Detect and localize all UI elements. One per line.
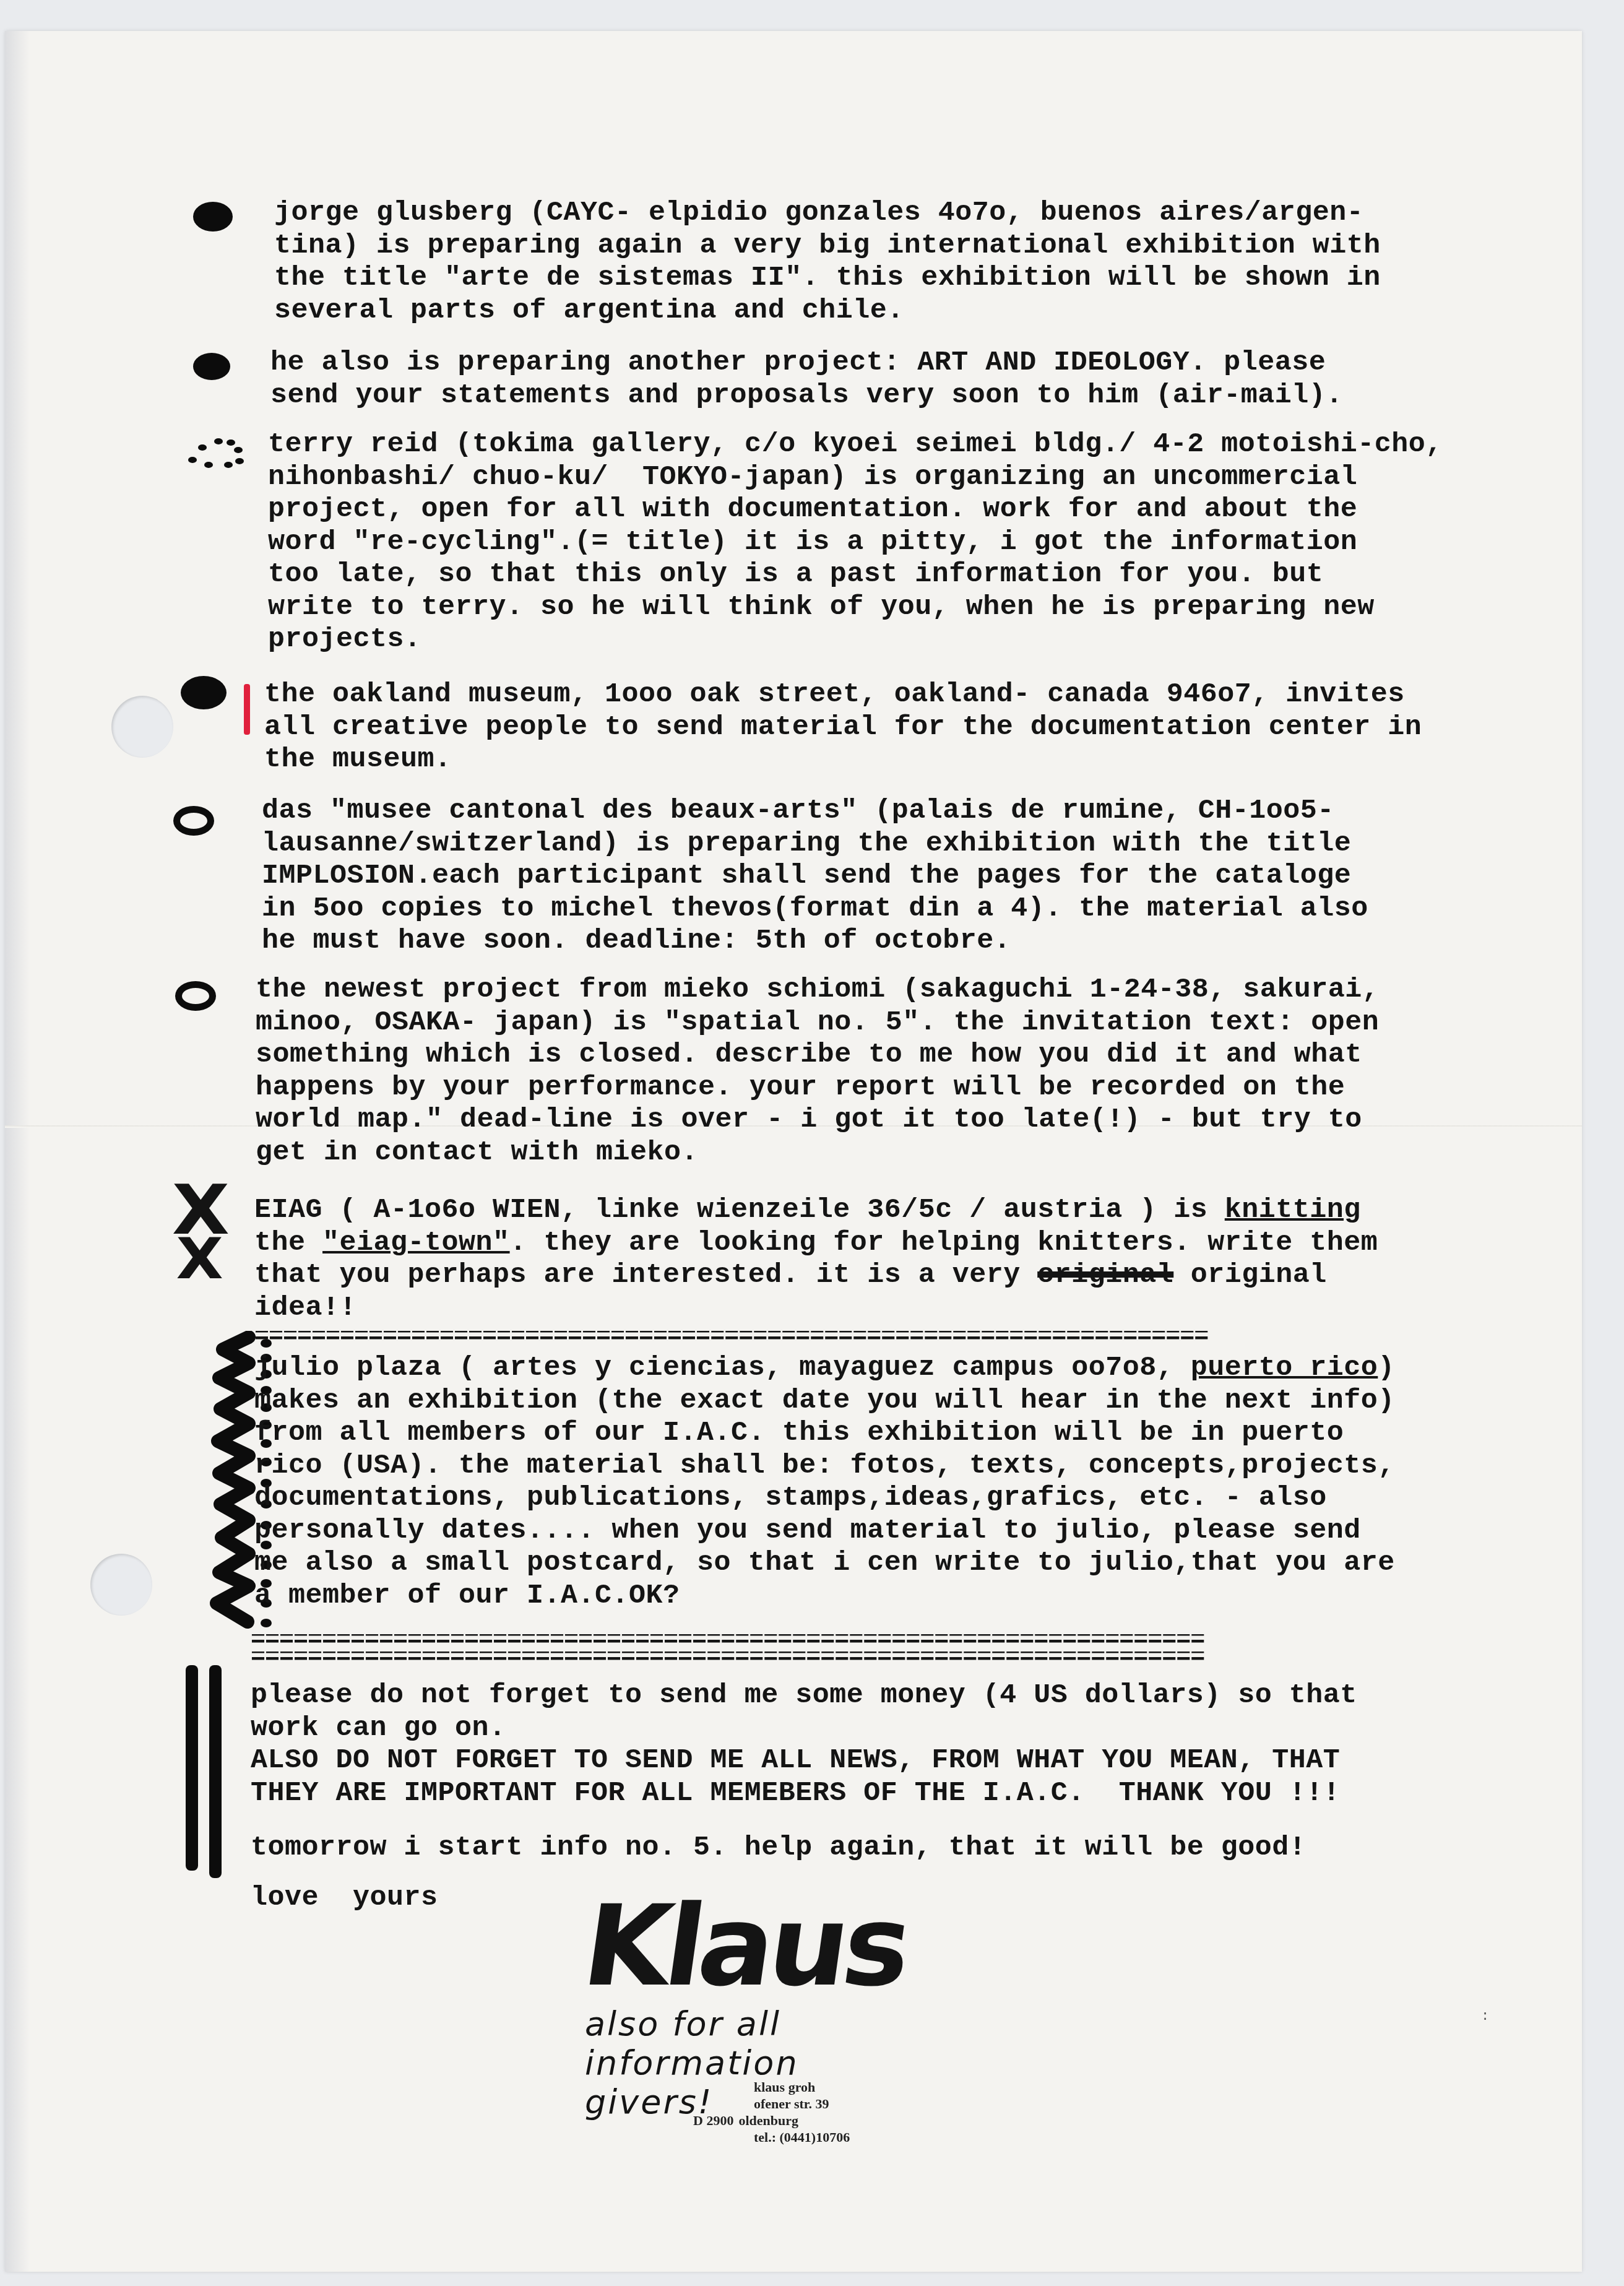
paragraph-money-request: please do not forget to send me some mon… — [251, 1679, 1357, 1809]
letterhead-city: D 2900oldenburg — [693, 2112, 891, 2129]
filled-dot-icon — [193, 202, 233, 232]
closing-love-yours: love yours — [251, 1882, 438, 1915]
ring-icon — [173, 806, 214, 836]
punch-hole-icon — [111, 696, 173, 758]
letterhead-stamp: klaus groh ofener str. 39 D 2900oldenbur… — [693, 2079, 891, 2145]
paragraph-tomorrow: tomorrow i start info no. 5. help again,… — [251, 1832, 1306, 1864]
paragraph-musee-cantonal: das "musee cantonal des beaux-arts" (pal… — [262, 795, 1368, 958]
paragraph-oakland-museum: the oakland museum, 1ooo oak street, oak… — [264, 678, 1422, 776]
page-mark: : — [1481, 2009, 1489, 2024]
letterhead-name: klaus groh — [693, 2079, 891, 2095]
handwritten-signature: Klaus — [576, 1882, 914, 2011]
vertical-bar-icon — [209, 1665, 222, 1878]
red-pen-mark-icon — [244, 684, 250, 735]
filled-dot-icon — [181, 676, 227, 709]
paragraph-julio-plaza: julio plaza ( artes y ciencias, mayaguez… — [254, 1352, 1395, 1612]
paragraph-glusberg: jorge glusberg (CAYC- elpidio gonzales 4… — [274, 197, 1381, 327]
underlined-word: puerto rico — [1191, 1352, 1378, 1383]
x-mark-icon: X — [176, 1232, 223, 1288]
vertical-bar-icon — [186, 1665, 198, 1871]
paragraph-terry-reid: terry reid (tokima gallery, c/o kyoei se… — [268, 428, 1443, 656]
underlined-word: "eiag-town" — [322, 1227, 510, 1258]
typed-double-rule: ========================================… — [251, 1652, 1495, 1665]
filled-dot-icon — [193, 353, 230, 380]
dot-cluster-icon — [186, 433, 241, 483]
punch-hole-icon — [90, 1554, 152, 1616]
ring-icon — [175, 981, 216, 1011]
paragraph-art-and-ideology: he also is preparing another project: AR… — [270, 347, 1343, 412]
underlined-word: knitting — [1225, 1194, 1361, 1226]
letterhead-tel: tel.: (0441)10706 — [693, 2129, 891, 2145]
letterhead-street: ofener str. 39 — [693, 2095, 891, 2112]
typed-double-rule: ========================================… — [251, 1634, 1495, 1648]
paragraph-eiag: EIAG ( A-1o6o WIEN, linke wienzeile 36/5… — [254, 1194, 1378, 1324]
paragraph-mieko-schiomi: the newest project from mieko schiomi (s… — [256, 974, 1379, 1169]
struck-word: original — [1037, 1259, 1173, 1291]
typed-double-rule: ========================================… — [254, 1331, 1491, 1344]
